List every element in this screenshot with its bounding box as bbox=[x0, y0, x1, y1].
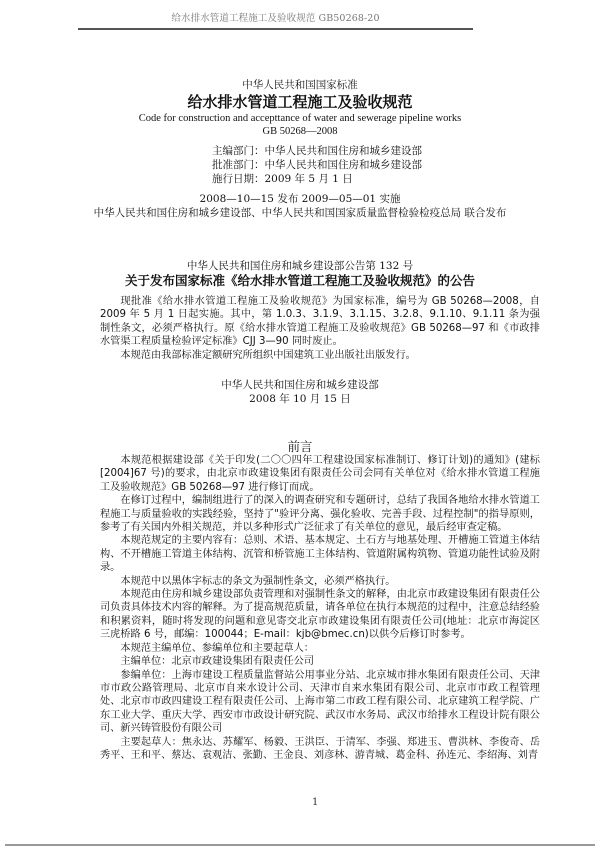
preface-paragraph: 本规范规定的主要内容有：总则、术语、基本规定、土石方与地基处理、开槽施工管道主体… bbox=[100, 534, 540, 574]
standard-code: GB 50268—2008 bbox=[0, 125, 600, 138]
editing-department: 主编部门：中华人民共和国住房和城乡建设部 bbox=[212, 144, 422, 158]
announcement-number: 中华人民共和国住房和城乡建设部公告第 132 号 bbox=[0, 259, 600, 273]
announcement-title: 关于发布国家标准《给水排水管道工程施工及验收规范》的公告 bbox=[0, 273, 600, 289]
footer-divider bbox=[5, 844, 595, 846]
running-header-title: 给水排水管道工程施工及验收规范 GB50268-20 bbox=[78, 10, 473, 24]
announcement-body: 现批准《给水排水管道工程施工及验收规范》为国家标准，编号为 GB 50268—2… bbox=[100, 295, 540, 362]
signature-date: 2008 年 10 月 15 日 bbox=[0, 392, 600, 406]
main-drafters: 主要起草人：焦永达、苏耀军、杨毅、王洪臣、于清军、李强、郑进玉、曹洪林、李俊奇、… bbox=[100, 736, 540, 763]
chief-editor-unit: 主编单位：北京市政建设集团有限责任公司 bbox=[100, 655, 540, 668]
document-title-english: Code for construction and accepttance of… bbox=[0, 112, 600, 125]
announcement-paragraph: 现批准《给水排水管道工程施工及验收规范》为国家标准，编号为 GB 50268—2… bbox=[100, 295, 540, 349]
preface-body: 本规范根据建设部《关于印发(二〇〇四年工程建设国家标准制订、修订计划)的通知》(… bbox=[100, 454, 540, 762]
preface-paragraph: 本规范主编单位、参编单位和主要起草人： bbox=[100, 642, 540, 655]
preface-title: 前言 bbox=[0, 439, 600, 455]
page-number: 1 bbox=[312, 797, 318, 808]
joint-publishers: 中华人民共和国住房和城乡建设部、中华人民共和国国家质量监督检验检疫总局 联合发布 bbox=[0, 206, 600, 220]
signature-organization: 中华人民共和国住房和城乡建设部 bbox=[0, 378, 600, 392]
announcement-paragraph: 本规范由我部标准定额研究所组织中国建筑工业出版社出版发行。 bbox=[100, 349, 540, 362]
participating-units: 参编单位：上海市建设工程质量监督站公用事业分站、北京城市排水集团有限责任公司、天… bbox=[100, 669, 540, 736]
preface-paragraph: 本规范由住房和城乡建设部负责管理和对强制性条文的解释，由北京市政建设集团有限责任… bbox=[100, 588, 540, 642]
document-title: 给水排水管道工程施工及验收规范 bbox=[0, 93, 600, 111]
preface-paragraph: 在修订过程中，编制组进行了的深入的调查研究和专题研讨，总结了我国各地给水排水管道… bbox=[100, 494, 540, 534]
approving-department: 批准部门：中华人民共和国住房和城乡建设部 bbox=[212, 158, 422, 172]
preface-paragraph: 本规范根据建设部《关于印发(二〇〇四年工程建设国家标准制订、修订计划)的通知》(… bbox=[100, 454, 540, 494]
cover-meta: 主编部门：中华人民共和国住房和城乡建设部 批准部门：中华人民共和国住房和城乡建设… bbox=[212, 144, 422, 186]
preface-paragraph: 本规范中以黑体字标志的条文为强制性条文，必须严格执行。 bbox=[100, 575, 540, 588]
standard-category: 中华人民共和国国家标准 bbox=[0, 78, 600, 92]
release-dates: 2008—10—15 发布 2009—05—01 实施 bbox=[0, 192, 600, 206]
effective-date: 施行日期：2009 年 5 月 1 日 bbox=[212, 172, 422, 186]
header-divider bbox=[78, 28, 473, 30]
